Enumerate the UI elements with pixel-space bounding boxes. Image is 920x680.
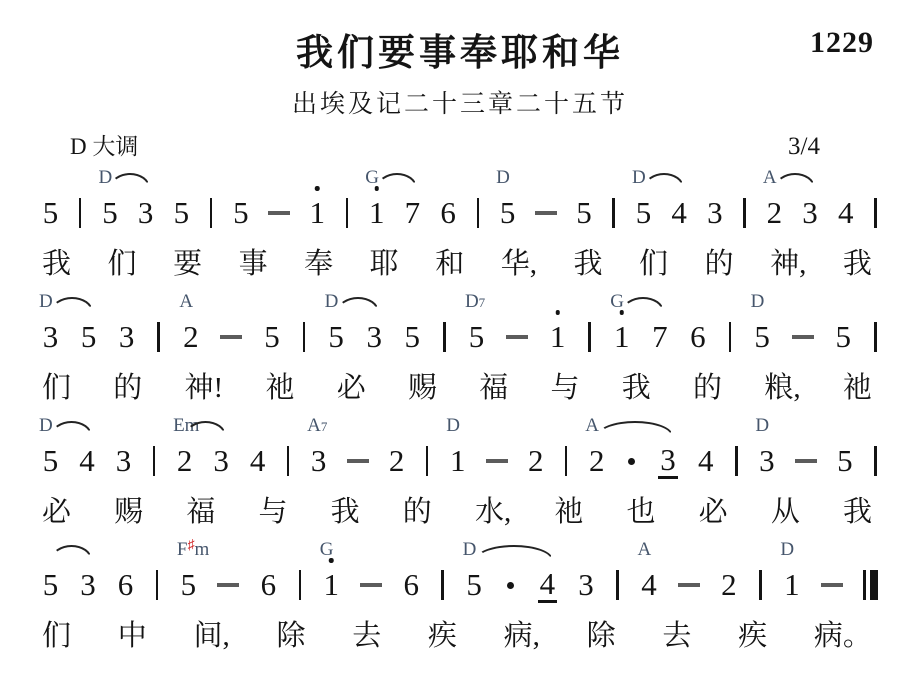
- lyric-syllable: 福: [186, 489, 215, 530]
- dash-mark: [486, 459, 508, 462]
- dash-mark: [347, 459, 369, 462]
- note-4: 4A: [640, 565, 657, 605]
- lyric-syllable: 赐: [408, 365, 437, 406]
- note-digit: 5: [181, 567, 197, 603]
- note-7: 7: [404, 193, 421, 233]
- lyric-syllable: 们: [108, 241, 137, 282]
- note-5: 5D: [499, 193, 516, 233]
- note-7: 7: [651, 317, 668, 357]
- lyric-syllable: 与: [258, 489, 287, 530]
- barline-mark: [303, 322, 306, 352]
- note-1: 1G: [368, 193, 385, 233]
- note-digit: 2: [177, 443, 193, 479]
- lyrics-line: 们的神!祂必赐福与我的粮,祂: [40, 357, 880, 411]
- note-digit: 2: [389, 443, 405, 479]
- slur: [775, 173, 816, 188]
- lyric-syllable: 中: [118, 613, 147, 654]
- system-3: 5D432Em343A721D22A343D5必赐福与我的水,祂也必从我: [40, 413, 880, 535]
- dash-extender: [217, 565, 239, 605]
- chord-root: A: [179, 291, 193, 312]
- note-4: 4: [697, 441, 714, 481]
- dash-extender: [360, 565, 382, 605]
- key-signature: D 大调: [70, 128, 138, 161]
- system-1: 55D35511G765D55D432A34我们要事奉耶和华,我们的神,我: [40, 165, 880, 287]
- system-4: 5365F♯m61G65D434A21D们中间,除去疾病,除去疾病。: [40, 537, 880, 659]
- chord-label: D: [325, 292, 339, 311]
- dash-extender: [792, 317, 814, 357]
- note-digit: 5: [636, 195, 652, 231]
- dot-mark: [628, 458, 635, 465]
- dash-extender: [678, 565, 700, 605]
- barline-mark: [299, 570, 302, 600]
- note-digit: 1: [784, 567, 800, 603]
- title-bar: 我们要事奉耶和华 1229: [40, 22, 880, 72]
- lyric-syllable: 我: [843, 489, 872, 530]
- notation-line: 5D432Em343A721D22A343D5: [40, 413, 880, 481]
- lyric-syllable: 必: [42, 489, 71, 530]
- barline-mark: [443, 322, 446, 352]
- note-5: 5D: [754, 317, 771, 357]
- dash-mark: [792, 335, 814, 338]
- dash-extender: [821, 565, 843, 605]
- note-digit: 1: [324, 567, 340, 603]
- barline: [873, 193, 878, 233]
- barline-mark: [874, 322, 877, 352]
- chord-label: D7: [465, 292, 485, 311]
- chord-root: F: [177, 539, 188, 560]
- score: 55D35511G765D55D432A34我们要事奉耶和华,我们的神,我3D5…: [40, 165, 880, 659]
- note-1: 1D: [783, 565, 800, 605]
- hymn-title: 我们要事奉耶和华: [296, 22, 624, 76]
- note-3: 3: [118, 317, 135, 357]
- note-digit: 6: [403, 567, 419, 603]
- barline: [156, 317, 161, 357]
- lyric-syllable: 病,: [504, 613, 540, 654]
- lyric-syllable: 与: [551, 365, 580, 406]
- chord-extension: 7: [479, 295, 486, 310]
- note-6: 6: [260, 565, 277, 605]
- dash-mark: [795, 459, 817, 462]
- note-3: 3: [366, 317, 383, 357]
- note-5: 5D: [101, 193, 118, 233]
- lyric-syllable: 的: [403, 489, 432, 530]
- note-3: 3: [213, 441, 230, 481]
- slur: [337, 297, 380, 312]
- barline: [758, 565, 763, 605]
- note-digit: 5: [43, 195, 59, 231]
- barline-mark: [153, 446, 156, 476]
- lyric-syllable: 们: [639, 241, 668, 282]
- lyric-syllable: 我: [843, 241, 872, 282]
- lyrics-line: 必赐福与我的水,祂也必从我: [40, 481, 880, 535]
- lyric-syllable: 我: [331, 489, 360, 530]
- note-3: 3: [706, 193, 723, 233]
- chord-label: A7: [307, 416, 327, 435]
- note-digit: 4: [838, 195, 854, 231]
- chord-root: D: [751, 291, 765, 312]
- note-1: 1D: [449, 441, 466, 481]
- note-digit: 1: [310, 195, 326, 231]
- slur: [644, 173, 685, 188]
- barline-mark: [565, 446, 568, 476]
- note-digit: 5: [466, 567, 482, 603]
- note-3: 3: [79, 565, 96, 605]
- note-5: 5: [263, 317, 280, 357]
- barline-mark: [874, 446, 877, 476]
- slur: [110, 173, 151, 188]
- slur: [622, 297, 665, 312]
- dash-mark: [678, 583, 700, 586]
- chord-root: D: [496, 167, 510, 188]
- lyrics-line: 们中间,除去疾病,除去疾病。: [40, 605, 880, 659]
- note-3: 3: [658, 441, 678, 481]
- scripture-reference: 出埃及记二十三章二十五节: [40, 84, 880, 120]
- lyric-syllable: 去: [352, 613, 381, 654]
- barline-mark: [79, 198, 82, 228]
- note-digit: 5: [102, 195, 118, 231]
- barline: [873, 317, 878, 357]
- hymn-number: 1229: [810, 26, 874, 60]
- lyric-syllable: 事: [239, 241, 268, 282]
- chord-root: D: [780, 539, 794, 560]
- note-4: 4: [249, 441, 266, 481]
- barline: [286, 441, 291, 481]
- chord-root: D: [465, 291, 479, 312]
- chord-label: A: [637, 540, 651, 559]
- chord-label: D: [463, 540, 477, 559]
- note-digit: 1: [450, 443, 466, 479]
- note-5: 5: [836, 441, 853, 481]
- system-2: 3D532A55D355D711G765D5们的神!祂必赐福与我的粮,祂: [40, 289, 880, 411]
- note-digit: 1: [369, 195, 385, 231]
- barline-mark: [616, 570, 619, 600]
- note-2: 2A: [766, 193, 783, 233]
- note-digit: 5: [43, 567, 59, 603]
- lyric-syllable: 必: [337, 365, 366, 406]
- lyric-syllable: 也: [627, 489, 656, 530]
- dash-mark: [535, 211, 557, 214]
- note-5: 5: [576, 193, 593, 233]
- chord-extension: 7: [321, 419, 328, 434]
- slur: [597, 421, 674, 436]
- lyric-syllable: 祂: [843, 365, 872, 406]
- barline: [442, 317, 447, 357]
- barline-mark: [157, 322, 160, 352]
- chord-label: A: [179, 292, 193, 311]
- note-1: 1G: [613, 317, 630, 357]
- lyric-syllable: 我: [622, 365, 651, 406]
- chord-root: A: [637, 539, 651, 560]
- lyric-syllable: 从: [771, 489, 800, 530]
- note-5: 5D: [42, 441, 59, 481]
- note-digit: 4: [79, 443, 95, 479]
- note-2: 2A: [182, 317, 199, 357]
- note-5: 5F♯m: [180, 565, 197, 605]
- slur: [51, 297, 94, 312]
- chord-root: D: [755, 415, 769, 436]
- chord-root: m: [194, 539, 209, 560]
- barline: [587, 317, 592, 357]
- chord-label: D: [496, 168, 510, 187]
- note-digit: 6: [440, 195, 456, 231]
- note-digit: 5: [43, 443, 59, 479]
- note-digit: 7: [652, 319, 668, 355]
- hymn-sheet: 我们要事奉耶和华 1229 出埃及记二十三章二十五节 D 大调 3/4 55D3…: [0, 0, 920, 680]
- dash-mark: [268, 211, 290, 214]
- note-digit: 2: [767, 195, 783, 231]
- thick-bar: [870, 570, 878, 600]
- note-digit: 3: [707, 195, 723, 231]
- barline-mark: [477, 198, 480, 228]
- barline-mark: [588, 322, 591, 352]
- note-5: 5: [80, 317, 97, 357]
- note-digit: 3: [138, 195, 154, 231]
- barline: [734, 441, 739, 481]
- dash-extender: [268, 193, 290, 233]
- note-3: 3: [137, 193, 154, 233]
- note-digit: 1: [614, 319, 630, 355]
- barline-mark: [441, 570, 444, 600]
- note-digit: 6: [261, 567, 277, 603]
- chord-root: G: [320, 539, 334, 560]
- dash-mark: [360, 583, 382, 586]
- note-5: 5: [835, 317, 852, 357]
- notation-line: 55D35511G765D55D432A34: [40, 165, 880, 233]
- note-digit: 3: [311, 443, 327, 479]
- note-digit: 1: [550, 319, 566, 355]
- chord-label: G: [320, 540, 334, 559]
- note-digit: 3: [759, 443, 775, 479]
- chord-label: F♯m: [177, 539, 209, 559]
- barline: [302, 317, 307, 357]
- barline: [78, 193, 83, 233]
- note-5: 5: [173, 193, 190, 233]
- lyric-syllable: 华,: [501, 241, 537, 282]
- lyric-syllable: 除: [587, 613, 616, 654]
- barline: [475, 193, 480, 233]
- chord-label: D: [755, 416, 769, 435]
- note-5: 5D: [328, 317, 345, 357]
- lyric-syllable: 我: [574, 241, 603, 282]
- note-digit: 5: [264, 319, 280, 355]
- barline: [297, 565, 302, 605]
- barline-mark: [346, 198, 349, 228]
- lyric-syllable: 间,: [193, 613, 229, 654]
- slur: [51, 545, 93, 560]
- chord-root: D: [463, 539, 477, 560]
- barline: [154, 565, 159, 605]
- dotted-rhythm-dot: [625, 441, 639, 481]
- barline: [727, 317, 732, 357]
- note-5: 5: [404, 317, 421, 357]
- lyric-syllable: 们: [42, 613, 71, 654]
- note-3: 3: [578, 565, 595, 605]
- note-digit: 3: [80, 567, 96, 603]
- dash-mark: [821, 583, 843, 586]
- thin-bar: [863, 570, 866, 600]
- note-digit: 3: [213, 443, 229, 479]
- barline: [564, 441, 569, 481]
- lyric-syllable: 耶: [370, 241, 399, 282]
- dash-mark: [217, 583, 239, 586]
- note-digit: 3: [43, 319, 59, 355]
- lyric-syllable: 福: [479, 365, 508, 406]
- lyric-syllable: 的: [705, 241, 734, 282]
- dash-extender: [220, 317, 242, 357]
- barline-mark: [743, 198, 746, 228]
- note-4: 4: [538, 565, 558, 605]
- note-3: 3: [115, 441, 132, 481]
- note-4: 4: [79, 441, 96, 481]
- note-digit: 5: [500, 195, 516, 231]
- chord-label: D: [446, 416, 460, 435]
- note-2: 2Em: [176, 441, 193, 481]
- note-digit: 6: [118, 567, 134, 603]
- note-digit: 3: [366, 319, 382, 355]
- barline-mark: [210, 198, 213, 228]
- chord-root: A: [307, 415, 321, 436]
- barline: [209, 193, 214, 233]
- lyric-syllable: 神!: [185, 365, 224, 406]
- note-digit: 3: [119, 319, 135, 355]
- note-4: 4: [671, 193, 688, 233]
- slur: [51, 421, 93, 436]
- note-3: 3D: [758, 441, 775, 481]
- lyric-syllable: 水,: [475, 489, 511, 530]
- note-digit: 2: [589, 443, 605, 479]
- lyric-syllable: 除: [276, 613, 305, 654]
- note-digit: 5: [233, 195, 249, 231]
- lyric-syllable: 祂: [554, 489, 583, 530]
- barline: [152, 441, 157, 481]
- barline: [611, 193, 616, 233]
- note-5: 5D: [466, 565, 483, 605]
- barline: [344, 193, 349, 233]
- chord-root: D: [446, 415, 460, 436]
- dash-extender: [486, 441, 508, 481]
- barline-mark: [287, 446, 290, 476]
- lyric-syllable: 要: [173, 241, 202, 282]
- note-digit: 4: [538, 568, 558, 603]
- note-3: 3A7: [310, 441, 327, 481]
- note-5: 5D: [635, 193, 652, 233]
- slur: [475, 545, 554, 560]
- dash-mark: [220, 335, 242, 338]
- note-digit: 4: [671, 195, 687, 231]
- barline: [742, 193, 747, 233]
- octave-dot: [315, 186, 320, 191]
- chord-label: D: [780, 540, 794, 559]
- lyric-syllable: 我: [42, 241, 71, 282]
- note-digit: 3: [578, 567, 594, 603]
- note-2: 2A: [588, 441, 605, 481]
- lyric-syllable: 粮,: [764, 365, 800, 406]
- note-1: 1: [309, 193, 326, 233]
- note-6: 6: [689, 317, 706, 357]
- chord-root: E: [173, 415, 185, 436]
- dash-extender: [347, 441, 369, 481]
- lyric-syllable: 的: [693, 365, 722, 406]
- note-digit: 5: [81, 319, 97, 355]
- barline-mark: [735, 446, 738, 476]
- note-2: 2: [527, 441, 544, 481]
- lyric-syllable: 病。: [814, 613, 872, 654]
- barline-mark: [612, 198, 615, 228]
- note-2: 2: [388, 441, 405, 481]
- lyric-syllable: 奉: [304, 241, 333, 282]
- note-digit: 4: [250, 443, 266, 479]
- notation-line: 3D532A55D355D711G765D5: [40, 289, 880, 357]
- note-digit: 5: [405, 319, 421, 355]
- lyric-syllable: 必: [699, 489, 728, 530]
- note-digit: 2: [183, 319, 199, 355]
- note-4: 4: [837, 193, 854, 233]
- lyric-syllable: 和: [435, 241, 464, 282]
- barline-mark: [759, 570, 762, 600]
- note-digit: 5: [469, 319, 485, 355]
- barline: [873, 441, 878, 481]
- barline-mark: [729, 322, 732, 352]
- notation-line: 5365F♯m61G65D434A21D: [40, 537, 880, 605]
- note-5: 5D7: [468, 317, 485, 357]
- note-3: 3: [802, 193, 819, 233]
- note-digit: 4: [641, 567, 657, 603]
- note-digit: 5: [835, 319, 851, 355]
- note-digit: 3: [658, 444, 678, 479]
- dash-mark: [506, 335, 528, 338]
- note-6: 6: [440, 193, 457, 233]
- barline: [615, 565, 620, 605]
- final-barline: [863, 565, 878, 605]
- note-digit: 4: [698, 443, 714, 479]
- note-5: 5: [232, 193, 249, 233]
- barline-mark: [874, 198, 877, 228]
- octave-dot: [555, 310, 560, 315]
- note-3: 3D: [42, 317, 59, 357]
- dash-extender: [795, 441, 817, 481]
- note-1: 1: [549, 317, 566, 357]
- note-6: 6: [403, 565, 420, 605]
- note-digit: 5: [174, 195, 190, 231]
- note-digit: 2: [721, 567, 737, 603]
- note-5: 5: [42, 565, 59, 605]
- lyric-syllable: 神,: [770, 241, 806, 282]
- note-digit: 5: [837, 443, 853, 479]
- key-time-row: D 大调 3/4: [40, 128, 880, 161]
- note-digit: 5: [576, 195, 592, 231]
- note-digit: 6: [690, 319, 706, 355]
- note-digit: 5: [754, 319, 770, 355]
- note-2: 2: [720, 565, 737, 605]
- barline-mark: [426, 446, 429, 476]
- note-1: 1G: [323, 565, 340, 605]
- note-digit: 2: [528, 443, 544, 479]
- lyric-syllable: 们: [42, 365, 71, 406]
- note-digit: 5: [328, 319, 344, 355]
- note-5: 5: [42, 193, 59, 233]
- lyric-syllable: 祂: [265, 365, 294, 406]
- dash-extender: [506, 317, 528, 357]
- lyric-syllable: 的: [113, 365, 142, 406]
- note-digit: 3: [116, 443, 132, 479]
- time-signature: 3/4: [788, 133, 820, 161]
- barline-mark: [156, 570, 159, 600]
- note-digit: 3: [802, 195, 818, 231]
- note-digit: 7: [405, 195, 421, 231]
- dash-extender: [535, 193, 557, 233]
- slur: [377, 173, 418, 188]
- chord-label: D: [751, 292, 765, 311]
